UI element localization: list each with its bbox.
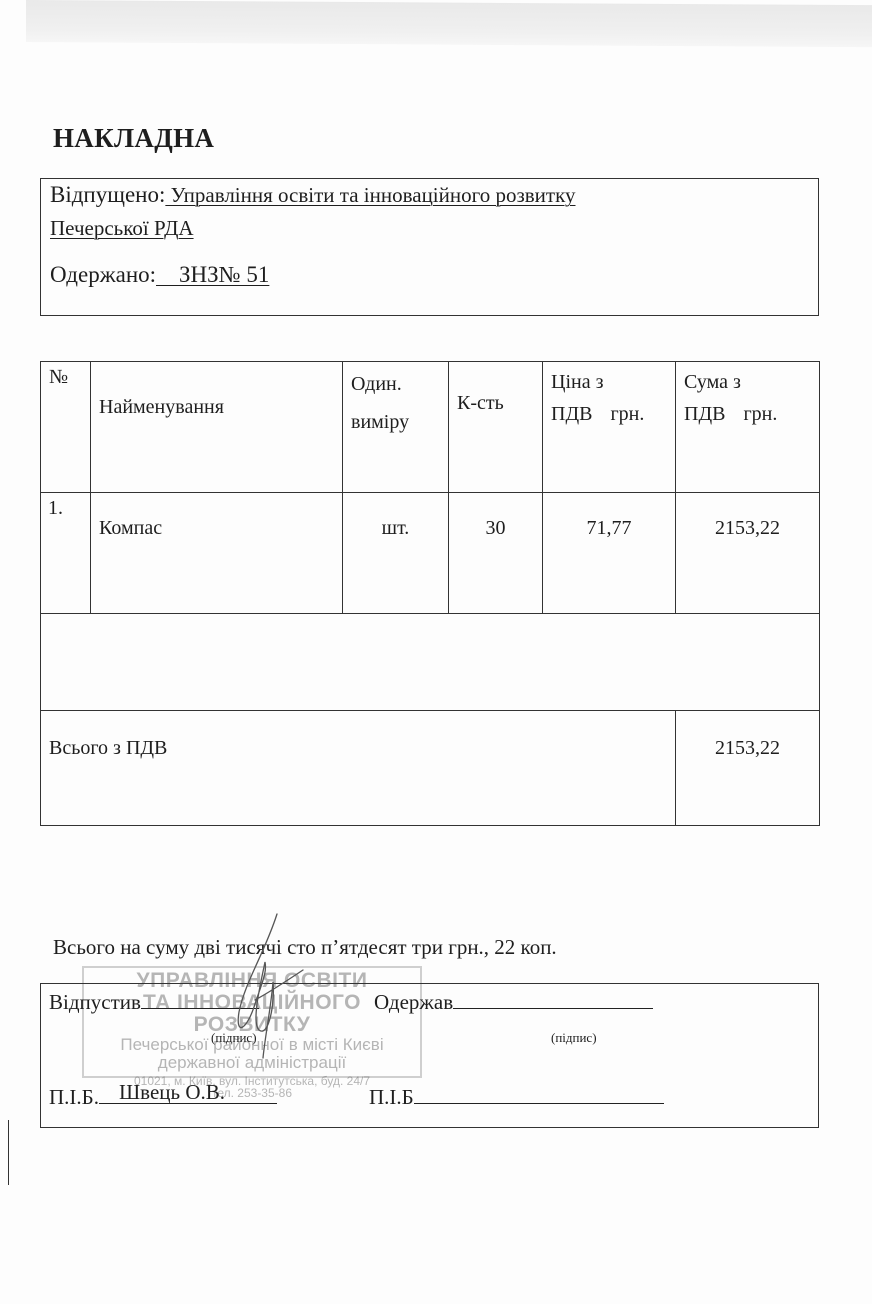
empty-cell [41, 614, 820, 711]
header-unit: Один. виміру [343, 362, 449, 493]
name-label-right: П.І.Б [369, 1085, 414, 1109]
scan-top-shadow [26, 0, 872, 47]
items-table: № Найменування Один. виміру К-сть Ціна з… [40, 361, 820, 826]
released-line-2: Печерської РДА [50, 215, 194, 241]
row-price: 71,77 [543, 493, 676, 614]
row-name: Компас [91, 493, 343, 614]
row-unit: шт. [343, 493, 449, 614]
empty-row [41, 614, 820, 711]
document-title: НАКЛАДНА [53, 123, 214, 154]
released-by-label: Відпустив [49, 990, 141, 1014]
header-price-line1: Ціна з [551, 371, 603, 393]
name-line-right: П.І.Б [369, 1083, 664, 1110]
signature-caption-right: (підпис) [551, 1030, 597, 1046]
released-line: Відпущено: Управління освіти та інноваці… [50, 182, 576, 208]
received-by-label: Одержав [374, 990, 453, 1014]
header-no: № [41, 362, 91, 493]
header-price: Ціна з ПДВгрн. [543, 362, 676, 493]
name-value-left: Швець О.В. [119, 1080, 225, 1105]
row-sum: 2153,22 [676, 493, 820, 614]
total-label: Всього з ПДВ [41, 711, 676, 826]
name-label-left: П.І.Б. [49, 1085, 99, 1109]
header-unit-line1: Один. [351, 373, 402, 395]
header-sum-line1: Сума з [684, 371, 741, 393]
total-sum: 2153,22 [676, 711, 820, 826]
signatures-box: Відпустив Одержав (підпис) (підпис) П.І.… [40, 983, 819, 1128]
row-no: 1. [41, 493, 91, 614]
row-qty: 30 [449, 493, 543, 614]
name-blank-left: Швець О.В. [99, 1083, 277, 1104]
name-blank-right [414, 1083, 664, 1104]
table-header-row: № Найменування Один. виміру К-сть Ціна з… [41, 362, 820, 493]
handwritten-signature [225, 912, 305, 1062]
parties-box: Відпущено: Управління освіти та інноваці… [40, 178, 819, 316]
received-by-value: ЗНЗ№ 51 [156, 262, 269, 287]
released-to-value-2: Печерської РДА [50, 216, 194, 240]
header-sum-vat: ПДВ [684, 403, 725, 425]
scan-edge-mark [8, 1120, 9, 1185]
header-sum-currency: грн. [743, 403, 777, 425]
received-label: Одержано: [50, 262, 156, 287]
released-to-value: Управління освіти та інноваційного розви… [165, 183, 575, 207]
table-row: 1. Компас шт. 30 71,77 2153,22 [41, 493, 820, 614]
name-line-left: П.І.Б.Швець О.В. [49, 1083, 277, 1110]
header-unit-line2: виміру [351, 411, 409, 433]
received-line: Одержано: ЗНЗ№ 51 [50, 262, 269, 288]
header-qty: К-сть [449, 362, 543, 493]
total-row: Всього з ПДВ 2153,22 [41, 711, 820, 826]
header-price-currency: грн. [610, 403, 644, 425]
header-name: Найменування [91, 362, 343, 493]
released-label: Відпущено: [50, 182, 165, 207]
header-sum: Сума з ПДВгрн. [676, 362, 820, 493]
received-by-line: Одержав [374, 988, 653, 1015]
header-price-vat: ПДВ [551, 403, 592, 425]
received-by-signature-blank [453, 988, 653, 1009]
